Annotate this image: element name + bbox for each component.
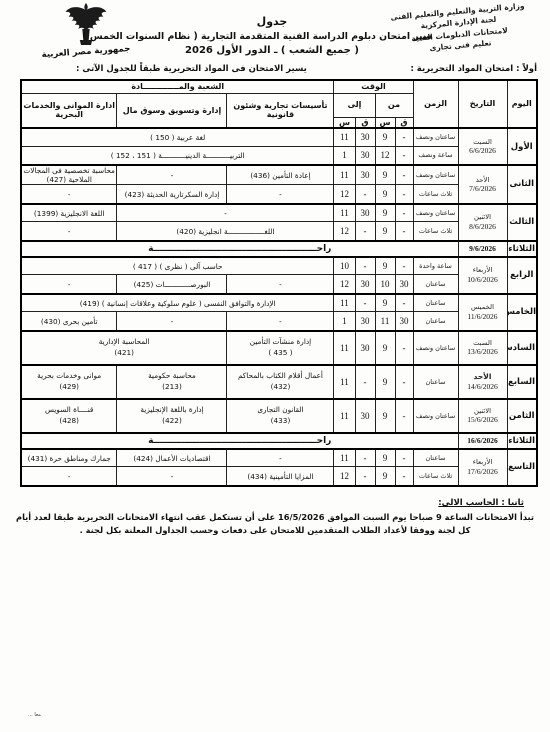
duration-cell: ثلاث ساعات: [413, 185, 458, 204]
col-header-day: اليوم: [507, 80, 537, 128]
subject-cell: القانون التجارى (433): [227, 399, 334, 433]
day-cell: الثلاثاء: [507, 241, 537, 257]
col-header-ports: ادارة الموانى والخدمات البحرية: [21, 93, 117, 128]
weekday-label: الأربعاء: [460, 266, 506, 274]
title-main: سير امتحان دبلوم الدراسة الفنية المتقدمة…: [112, 31, 432, 42]
from-minutes-cell: -: [395, 399, 413, 433]
title-sub: ( جميع الشعب ) ـ الدور الأول 2026: [112, 45, 432, 56]
exam-schedule-table: اليوم التاريخ الزمن الوقت الشعبة والمـــ…: [20, 79, 538, 487]
subject-cell: -: [227, 312, 334, 331]
from-minutes-cell: -: [395, 331, 413, 365]
from-minutes-cell: -: [395, 165, 413, 185]
duration-cell: ساعتان: [413, 294, 458, 312]
col-header-time: الوقت: [334, 80, 413, 93]
from-minutes-cell: -: [395, 449, 413, 467]
weekday-label: الخميس: [460, 303, 506, 311]
to-minutes-cell: 30: [355, 312, 375, 331]
day-cell: الرابع: [507, 257, 537, 294]
weekday-label: الاثنين: [460, 407, 506, 415]
to-hours-cell: 11: [334, 449, 355, 467]
date-cell: الأربعاء 17/6/2026: [458, 449, 507, 486]
subject-code: (213): [118, 382, 225, 393]
subject-cell: -: [227, 449, 334, 467]
duration-cell: ساعة ونصف: [413, 146, 458, 165]
illegible-signature-mark: معا ...: [28, 712, 41, 718]
subject-cell: اللغة الانجليزية (1399): [21, 204, 117, 222]
from-hours-cell: 9: [375, 165, 395, 185]
from-hours-cell: 9: [375, 185, 395, 204]
to-minutes-cell: 30: [355, 399, 375, 433]
from-minutes-cell: -: [395, 185, 413, 204]
duration-cell: ساعتان ونصف: [413, 399, 458, 433]
to-minutes-cell: 30: [355, 204, 375, 222]
subject-cell: اللغـــــــــــــــــة انجليزية (420): [117, 222, 334, 241]
section-two-heading: ثانيا : الحاسب الالى:: [438, 498, 524, 508]
subject-cell: لغة عربية ( 150 ): [21, 128, 334, 146]
to-hours-cell: 10: [334, 257, 355, 275]
duration-cell: ساعتان: [413, 312, 458, 331]
date-value: 10/6/2026: [460, 275, 506, 284]
col-header-from: من: [375, 93, 413, 117]
from-hours-cell: 9: [375, 399, 395, 433]
subject-cell: إدارة السكرتارية الحديثة (423): [117, 185, 227, 204]
subject-cell: المزايا التأمينية (434): [227, 467, 334, 486]
subject-cell: جمارك ومناطق حرة (431): [21, 449, 117, 467]
to-minutes-cell: 30: [355, 275, 375, 294]
subject-cell: -: [21, 467, 117, 486]
subject-name: إدارة باللغة الإنجليزية: [118, 405, 225, 416]
to-minutes-cell: 30: [355, 146, 375, 165]
subject-name: موانى وخدمات بحرية: [23, 371, 116, 382]
col-header-minutes: ق: [395, 117, 413, 128]
subject-name: قنــــاة السويس: [23, 405, 116, 416]
duration-cell: ساعتان: [413, 449, 458, 467]
date-cell: الخميس 11/6/2026: [458, 294, 507, 331]
from-minutes-cell: -: [395, 467, 413, 486]
subject-cell: -: [227, 275, 334, 294]
subject-cell: محاسبة تخصصية فى المجالات الملاحية (427): [21, 165, 117, 185]
weekday-label: الاثنين: [460, 213, 506, 221]
subject-cell: -: [117, 204, 334, 222]
subject-cell: إعادة التأمين (436): [227, 165, 334, 185]
weekday-label: الأحد: [460, 176, 506, 184]
to-hours-cell: 11: [334, 365, 355, 399]
subject-code: (428): [23, 416, 116, 427]
from-hours-cell: 9: [375, 365, 395, 399]
col-header-date: التاريخ: [458, 80, 507, 128]
subject-code: (429): [23, 382, 116, 393]
date-value: 8/6/2026: [460, 222, 506, 231]
to-minutes-cell: -: [355, 294, 375, 312]
weekday-label: السبت: [460, 339, 506, 347]
day-cell: الأول: [507, 128, 537, 165]
subject-name: القانون التجارى: [228, 405, 332, 416]
to-minutes-cell: 30: [355, 128, 375, 146]
duration-cell: ثلاث ساعات: [413, 222, 458, 241]
subject-code: ( 435 ): [228, 348, 332, 359]
from-minutes-cell: 30: [395, 312, 413, 331]
rest-day-cell: راحـــــــــــــــــــــــــــــــــــــ…: [21, 241, 458, 257]
subject-name: محاسبة حكومية: [118, 371, 225, 382]
from-hours-cell: 9: [375, 204, 395, 222]
rest-day-cell: راحـــــــــــــــــــــــــــــــــــــ…: [21, 433, 458, 449]
to-minutes-cell: -: [355, 222, 375, 241]
date-cell: الاثنين 8/6/2026: [458, 204, 507, 241]
subject-name: إدارة منشآت التأمين: [228, 337, 332, 348]
duration-cell: ساعتان: [413, 275, 458, 294]
to-minutes-cell: 30: [355, 331, 375, 365]
subject-cell: أعمال أقلام الكتاب بالمحاكم (432): [227, 365, 334, 399]
duration-cell: ساعتان ونصف: [413, 128, 458, 146]
subject-cell: الإدارة والتوافق النفسى ( علوم سلوكية وع…: [21, 294, 334, 312]
date-value: 14/6/2026: [460, 382, 506, 391]
date-cell: الاثنين 15/6/2026: [458, 399, 507, 433]
duration-cell: ساعتان ونصف: [413, 204, 458, 222]
subject-cell: حاسب آلى ( نظرى ) ( 417 ): [21, 257, 334, 275]
from-minutes-cell: -: [395, 146, 413, 165]
to-hours-cell: 12: [334, 467, 355, 486]
page-title: جدول سير امتحان دبلوم الدراسة الفنية الم…: [112, 15, 432, 56]
date-value: 7/6/2026: [460, 184, 506, 193]
date-value: 9/6/2026: [460, 244, 506, 253]
subject-cell: محاسبة حكومية (213): [117, 365, 227, 399]
date-cell: الأربعاء 10/6/2026: [458, 257, 507, 294]
subject-cell: موانى وخدمات بحرية (429): [21, 365, 117, 399]
to-hours-cell: 11: [334, 294, 355, 312]
to-minutes-cell: -: [355, 365, 375, 399]
duration-cell: ساعتان ونصف: [413, 165, 458, 185]
from-hours-cell: 9: [375, 294, 395, 312]
exam-schedule-document: { "page": { "stamp": { "line1": "وزارة ا…: [0, 0, 550, 732]
from-hours-cell: 9: [375, 331, 395, 365]
to-minutes-cell: -: [355, 467, 375, 486]
col-header-hours: س: [375, 117, 395, 128]
col-header-marketing: إدارة وتسويق وسوق مال: [117, 93, 227, 128]
to-minutes-cell: -: [355, 449, 375, 467]
from-hours-cell: 9: [375, 222, 395, 241]
subject-cell: قنــــاة السويس (428): [21, 399, 117, 433]
from-hours-cell: 9: [375, 257, 395, 275]
to-minutes-cell: -: [355, 185, 375, 204]
to-hours-cell: 1: [334, 312, 355, 331]
col-header-minutes: ق: [355, 117, 375, 128]
subject-cell: تأمين بحرى (430): [21, 312, 117, 331]
date-value: 13/6/2026: [460, 347, 506, 356]
to-hours-cell: 12: [334, 185, 355, 204]
date-cell: 9/6/2026: [458, 241, 507, 257]
intro-note: يسير الامتحان فى المواد التحريرية طبقاً …: [76, 64, 307, 74]
date-value: 11/6/2026: [460, 312, 506, 321]
day-cell: السادس: [507, 331, 537, 365]
day-cell: الخامس: [507, 294, 537, 331]
day-cell: الثامن: [507, 399, 537, 433]
from-minutes-cell: -: [395, 365, 413, 399]
subject-cell: -: [117, 312, 227, 331]
duration-cell: ساعة واحدة: [413, 257, 458, 275]
date-value: 17/6/2026: [460, 467, 506, 476]
from-minutes-cell: -: [395, 257, 413, 275]
subject-cell: -: [117, 467, 227, 486]
from-minutes-cell: -: [395, 222, 413, 241]
from-minutes-cell: 30: [395, 275, 413, 294]
from-hours-cell: 9: [375, 467, 395, 486]
subject-cell: اقتصاديات الأعمال (424): [117, 449, 227, 467]
title-word: جدول: [112, 15, 432, 28]
section-one-heading: أولاً : امتحان المواد التحريرية :: [410, 64, 537, 74]
date-value: 6/6/2026: [460, 146, 506, 155]
from-hours-cell: 11: [375, 312, 395, 331]
subject-code: (433): [228, 416, 332, 427]
subject-name: المحاسبة الإدارية: [23, 337, 226, 348]
from-hours-cell: 9: [375, 449, 395, 467]
weekday-label: الأحد: [460, 372, 506, 381]
date-cell: الأحد 7/6/2026: [458, 165, 507, 204]
from-minutes-cell: -: [395, 204, 413, 222]
col-header-hours: س: [334, 117, 355, 128]
col-header-duration: الزمن: [413, 80, 458, 128]
to-hours-cell: 11: [334, 399, 355, 433]
from-minutes-cell: -: [395, 128, 413, 146]
to-minutes-cell: 30: [355, 165, 375, 185]
subject-cell: -: [227, 185, 334, 204]
weekday-label: السبت: [460, 138, 506, 146]
to-minutes-cell: -: [355, 257, 375, 275]
subject-cell: إدارة منشآت التأمين ( 435 ): [227, 331, 334, 365]
to-hours-cell: 11: [334, 128, 355, 146]
duration-cell: ساعتان ونصف: [413, 331, 458, 365]
subject-cell: التربيـــــــــــة الدينيـــــــــــة ( …: [21, 146, 334, 165]
subject-code: (432): [228, 382, 332, 393]
day-cell: الثالث: [507, 204, 537, 241]
day-cell: الثلاثاء: [507, 433, 537, 449]
date-cell: الأحد 14/6/2026: [458, 365, 507, 399]
day-cell: الثانى: [507, 165, 537, 204]
from-hours-cell: 12: [375, 146, 395, 165]
subject-cell: إدارة باللغة الإنجليزية (422): [117, 399, 227, 433]
subject-cell: -: [21, 275, 117, 294]
duration-cell: ساعتان: [413, 365, 458, 399]
col-header-foundations: تأسيسات تجارية وشئون قانونية: [227, 93, 334, 128]
from-hours-cell: 10: [375, 275, 395, 294]
from-minutes-cell: -: [395, 294, 413, 312]
date-value: 16/6/2026: [460, 436, 506, 445]
subject-code: (421): [23, 348, 226, 359]
day-cell: السابع: [507, 365, 537, 399]
subject-cell: -: [117, 165, 227, 185]
subject-cell: المحاسبة الإدارية (421): [21, 331, 227, 365]
to-hours-cell: 1: [334, 146, 355, 165]
from-hours-cell: 9: [375, 128, 395, 146]
date-value: 15/6/2026: [460, 415, 506, 424]
col-header-to: إلى: [334, 93, 375, 117]
subject-cell: -: [21, 222, 117, 241]
to-hours-cell: 11: [334, 204, 355, 222]
to-hours-cell: 11: [334, 165, 355, 185]
subject-name: أعمال أقلام الكتاب بالمحاكم: [228, 371, 332, 382]
date-cell: 16/6/2026: [458, 433, 507, 449]
date-cell: السبت 13/6/2026: [458, 331, 507, 365]
computer-exam-note: تبدأ الامتحانات الساعة 9 صباحا يوم السبت…: [12, 511, 538, 538]
weekday-label: الأربعاء: [460, 458, 506, 466]
subject-cell: البورصــــــــــــات (425): [117, 275, 227, 294]
to-hours-cell: 11: [334, 331, 355, 365]
subject-cell: -: [21, 185, 117, 204]
to-hours-cell: 12: [334, 222, 355, 241]
duration-cell: ثلاث ساعات: [413, 467, 458, 486]
col-header-section-subject: الشعبة والمـــــــــــــادة: [21, 80, 334, 93]
date-cell: السبت 6/6/2026: [458, 128, 507, 165]
subject-code: (422): [118, 416, 225, 427]
day-cell: التاسع: [507, 449, 537, 486]
to-hours-cell: 12: [334, 275, 355, 294]
